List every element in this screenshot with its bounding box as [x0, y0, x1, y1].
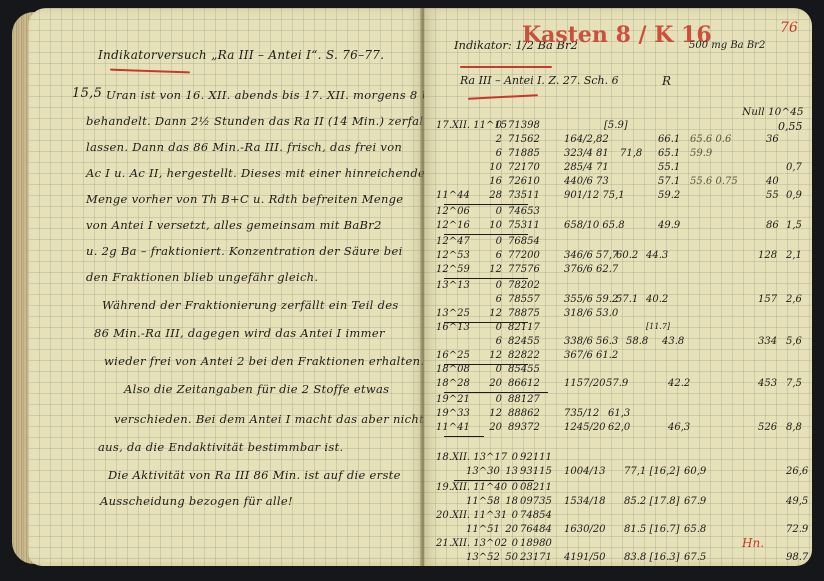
series-header: Ra III – Antei I. Z. 27. Sch. 6 [460, 74, 619, 87]
table-row: 271562164/2,8266.165.6 0.636 [436, 134, 806, 148]
table-row: 1672610440/6 7357.155.6 0.7540 [436, 176, 806, 190]
table-row: 682455338/6 56.358.843.83345,6 [436, 336, 806, 350]
text-line: Uran ist von 16. XII. abends bis 17. XII… [106, 88, 445, 102]
table-row: 13^3013931151004/1377,1 [16,2]60,926,6 [436, 466, 806, 480]
table-row: 17.XII. 11^15071398[5.9] [436, 120, 806, 134]
text-line: Menge vorher von Th B+C u. Rdth befreite… [86, 192, 403, 206]
table-row: 13^251278875318/6 53.0 [436, 308, 806, 322]
table-row: 18.XII. 13^17092111 [436, 452, 806, 466]
table-row: 11^4120893721245/2062,046,35268,8 [436, 422, 806, 436]
red-underline [468, 94, 538, 100]
table-row: 12^47076854 [436, 236, 806, 250]
page-number: 76 [780, 20, 798, 36]
table-row: 16^251282822367/6 61.2 [436, 350, 806, 364]
text-line: aus, da die Endaktivität bestimmbar ist. [98, 440, 343, 454]
text-line: Die Aktivität von Ra III 86 Min. ist auf… [108, 468, 401, 482]
table-row: 12^06074653 [436, 206, 806, 220]
left-page: Indikatorversuch „Ra III – Antei I“. S. … [28, 8, 424, 566]
table-row: 11^5818097351534/1885.2 [17.8]67.949,5 [436, 496, 806, 510]
table-row: 11^442873511901/12 75,159.2550,9 [436, 190, 806, 204]
table-row: 20.XII. 11^31074854 [436, 510, 806, 524]
red-underline [460, 66, 552, 68]
text-line: von Antei I versetzt, alles gemeinsam mi… [86, 218, 382, 232]
table-row: 13^13078202 [436, 280, 806, 294]
margin-number: 15,5 [72, 86, 102, 101]
table-row: 671885323/4 8171,865.159.9 [436, 148, 806, 162]
text-line: 86 Min.-Ra III, dagegen wird das Antei I… [94, 326, 385, 340]
table-row: 1072170285/4 7155.10,7 [436, 162, 806, 176]
text-line: Also die Zeitangaben für die 2 Stoffe et… [124, 382, 389, 396]
series-mark: R [662, 74, 671, 88]
red-underline [110, 69, 190, 74]
sample-note: 500 mg Ba Br2 [689, 40, 765, 51]
signature: Hn. [742, 536, 764, 550]
left-page-title: Indikatorversuch „Ra III – Antei I“. S. … [98, 48, 384, 62]
table-row: 19^21088127 [436, 394, 806, 408]
text-line: Ausscheidung bezogen für alle! [100, 494, 293, 508]
text-line: Ac I u. Ac II, hergestellt. Dieses mit e… [86, 166, 433, 180]
text-line: wieder frei von Antei 2 bei den Fraktion… [104, 354, 424, 368]
table-row: 12^591277576376/6 62.7 [436, 264, 806, 278]
table-row: 678557355/6 59.257.140.21572,6 [436, 294, 806, 308]
table-row: 12^53677200346/6 57,760.244.31282,1 [436, 250, 806, 264]
table-row: 19^331288862735/1261,3 [436, 408, 806, 422]
open-notebook: Indikatorversuch „Ra III – Antei I“. S. … [12, 8, 812, 570]
text-line: u. 2g Ba – fraktioniert. Konzentration d… [86, 244, 403, 258]
table-row: 18^08085455 [436, 364, 806, 378]
red-annotation: Kasten 8 / K 16 [522, 22, 712, 48]
table-row: 12^161075311658/10 65.849.9861,5 [436, 220, 806, 234]
table-row: 19.XII. 11^40008211 [436, 482, 806, 496]
text-line: Während der Fraktionierung zerfällt ein … [102, 298, 399, 312]
text-line: den Fraktionen blieb ungefähr gleich. [86, 270, 318, 284]
text-line: behandelt. Dann 2½ Stunden das Ra II (14… [86, 114, 442, 128]
text-line: lassen. Dann das 86 Min.-Ra III. frisch,… [86, 140, 402, 154]
table-row: 18^2820866121157/2057.942.24537,5 [436, 378, 806, 392]
table-row: 16^13082117[11.7] [436, 322, 806, 336]
right-page: 76 Indikator: 1/2 Ba Br2 Kasten 8 / K 16… [424, 8, 812, 566]
null-label: Null 10^45 [742, 106, 804, 118]
table-row: 13^5250231714191/5083.8 [16.3]67.598.7 [436, 552, 806, 566]
text-line: verschieden. Bei dem Antei I macht das a… [114, 412, 430, 426]
